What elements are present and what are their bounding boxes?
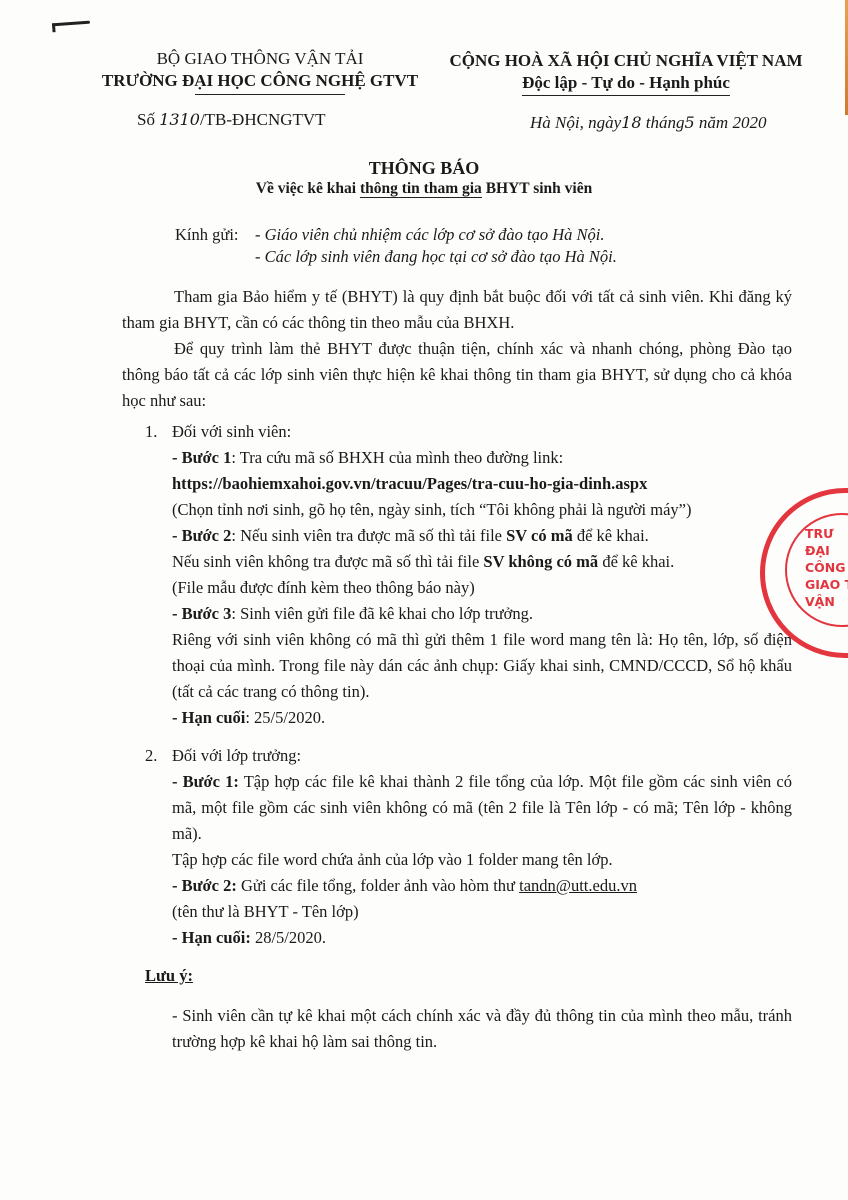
section-monitors: - Bước 1: Tập hợp các file kê khai thành… [172, 769, 792, 951]
step-label: - Bước 2: [172, 876, 237, 895]
recipient-item: - Các lớp sinh viên đang học tại cơ sở đ… [255, 247, 617, 266]
country-name: CỘNG HOÀ XÃ HỘI CHỦ NGHĨA VIỆT NAM [436, 50, 816, 72]
step-label: - Bước 3 [172, 604, 231, 623]
step-note: (tên thư là BHYT - Tên lớp) [172, 899, 792, 925]
national-motto: Độc lập - Tự do - Hạnh phúc [522, 72, 730, 96]
school-underline [195, 94, 345, 95]
document-body: Tham gia Bảo hiểm y tế (BHYT) là quy địn… [122, 284, 792, 1055]
date-prefix: Hà Nội, ngày [530, 113, 621, 132]
date-month-label: tháng [642, 113, 685, 132]
step-label: - Bước 1 [172, 448, 231, 467]
step-text: Nếu sinh viên không tra được mã số thì t… [172, 552, 483, 571]
seal-line: TRƯ [805, 525, 848, 542]
file-name: SV không có mã [483, 552, 598, 571]
deadline-label: - Hạn cuối [172, 708, 245, 727]
school-name: TRƯỜNG ĐẠI HỌC CÔNG NGHỆ GTVT [100, 70, 420, 92]
section-heading: Đối với lớp trưởng: [172, 746, 301, 765]
seal-line: ĐẠI [805, 542, 848, 559]
student-deadline: - Hạn cuối: 25/5/2020. [172, 705, 792, 731]
national-header: CỘNG HOÀ XÃ HỘI CHỦ NGHĨA VIỆT NAM Độc l… [436, 50, 816, 96]
student-step-2: - Bước 2: Nếu sinh viên tra được mã số t… [172, 523, 792, 549]
step-note: (File mẫu được đính kèm theo thông báo n… [172, 575, 792, 601]
step-text: để kê khai. [598, 552, 674, 571]
file-name: SV có mã [506, 526, 573, 545]
seal-line: CÔNG [805, 559, 848, 576]
ministry-name: BỘ GIAO THÔNG VẬN TẢI [100, 48, 420, 70]
section-heading: Đối với sinh viên: [172, 422, 291, 441]
step-text: : Nếu sinh viên tra được mã số thì tải f… [231, 526, 506, 545]
recipient-item: - Giáo viên chủ nhiệm các lớp cơ sở đào … [255, 225, 604, 244]
section-students-heading: 1.Đối với sinh viên: [145, 419, 792, 445]
doc-number-prefix: Số [137, 110, 159, 129]
document-number: Số 1310/TB-ĐHCNGTVT [137, 110, 326, 130]
student-step-1: - Bước 1: Tra cứu mã số BHXH của mình th… [172, 445, 792, 471]
section-monitors-heading: 2.Đối với lớp trưởng: [145, 743, 792, 769]
doc-number-suffix: /TB-ĐHCNGTVT [200, 110, 326, 129]
student-step-3: - Bước 3: Sinh viên gửi file đã kê khai … [172, 601, 792, 627]
section-number: 2. [145, 743, 172, 769]
deadline-label: - Hạn cuối: [172, 928, 251, 947]
email-link[interactable]: tandn@utt.edu.vn [519, 876, 637, 895]
step-text: : Tra cứu mã số BHXH của mình theo đường… [231, 448, 563, 467]
step-text: : Sinh viên gửi file đã kê khai cho lớp … [231, 604, 533, 623]
step-text: Tập hợp các file kê khai thành 2 file tổ… [172, 772, 792, 843]
step-label: - Bước 2 [172, 526, 231, 545]
issue-date: Hà Nội, ngày18 tháng5 năm 2020 [530, 113, 766, 133]
step-text: để kê khai. [573, 526, 649, 545]
monitor-deadline: - Hạn cuối: 28/5/2020. [172, 925, 792, 951]
recipients-label: Kính gửi: [175, 224, 255, 246]
step-note: (Chọn tỉnh nơi sinh, gõ họ tên, ngày sin… [172, 497, 792, 523]
deadline-value: : 25/5/2020. [245, 708, 325, 727]
date-day: 18 [621, 113, 641, 132]
seal-line: VẬN [805, 593, 848, 610]
doc-number-handwritten: 1310 [159, 110, 200, 129]
deadline-value: 28/5/2020. [251, 928, 326, 947]
student-step-2-alt: Nếu sinh viên không tra được mã số thì t… [172, 549, 792, 575]
issuer-header: BỘ GIAO THÔNG VẬN TẢI TRƯỜNG ĐẠI HỌC CÔN… [100, 48, 420, 95]
monitor-step-1: - Bước 1: Tập hợp các file kê khai thành… [172, 769, 792, 847]
monitor-step-2: - Bước 2: Gửi các file tổng, folder ảnh … [172, 873, 792, 899]
subtitle-part: BHYT sinh viên [482, 180, 592, 197]
step-extra: Tập hợp các file word chứa ảnh của lớp v… [172, 847, 792, 873]
pen-mark [52, 21, 90, 27]
recipients-block: Kính gửi:- Giáo viên chủ nhiệm các lớp c… [175, 224, 617, 268]
lookup-link[interactable]: https://baohiemxahoi.gov.vn/tracuu/Pages… [172, 471, 792, 497]
step-label: - Bước 1: [172, 772, 239, 791]
document-page: BỘ GIAO THÔNG VẬN TẢI TRƯỜNG ĐẠI HỌC CÔN… [0, 0, 848, 1200]
subtitle-underlined: thông tin tham gia [360, 180, 482, 198]
seal-line: GIAO T [805, 576, 848, 593]
section-students: - Bước 1: Tra cứu mã số BHXH của mình th… [172, 445, 792, 731]
intro-paragraph: Để quy trình làm thẻ BHYT được thuận tiệ… [122, 336, 792, 414]
date-month: 5 [684, 113, 694, 132]
date-year: năm 2020 [695, 113, 767, 132]
section-number: 1. [145, 419, 172, 445]
step-extra: Riêng với sinh viên không có mã thì gửi … [172, 627, 792, 705]
document-subtitle: Về việc kê khai thông tin tham gia BHYT … [0, 180, 848, 198]
subtitle-part: Về việc kê khai [256, 180, 360, 197]
note-title: Lưu ý: [145, 963, 792, 989]
note-item: - Sinh viên cần tự kê khai một cách chín… [172, 1003, 792, 1055]
seal-center-text: TRƯ ĐẠI CÔNG GIAO T VẬN [805, 525, 848, 610]
step-text: Gửi các file tổng, folder ảnh vào hòm th… [237, 876, 519, 895]
intro-paragraph: Tham gia Bảo hiểm y tế (BHYT) là quy địn… [122, 284, 792, 336]
document-title: THÔNG BÁO [0, 158, 848, 179]
